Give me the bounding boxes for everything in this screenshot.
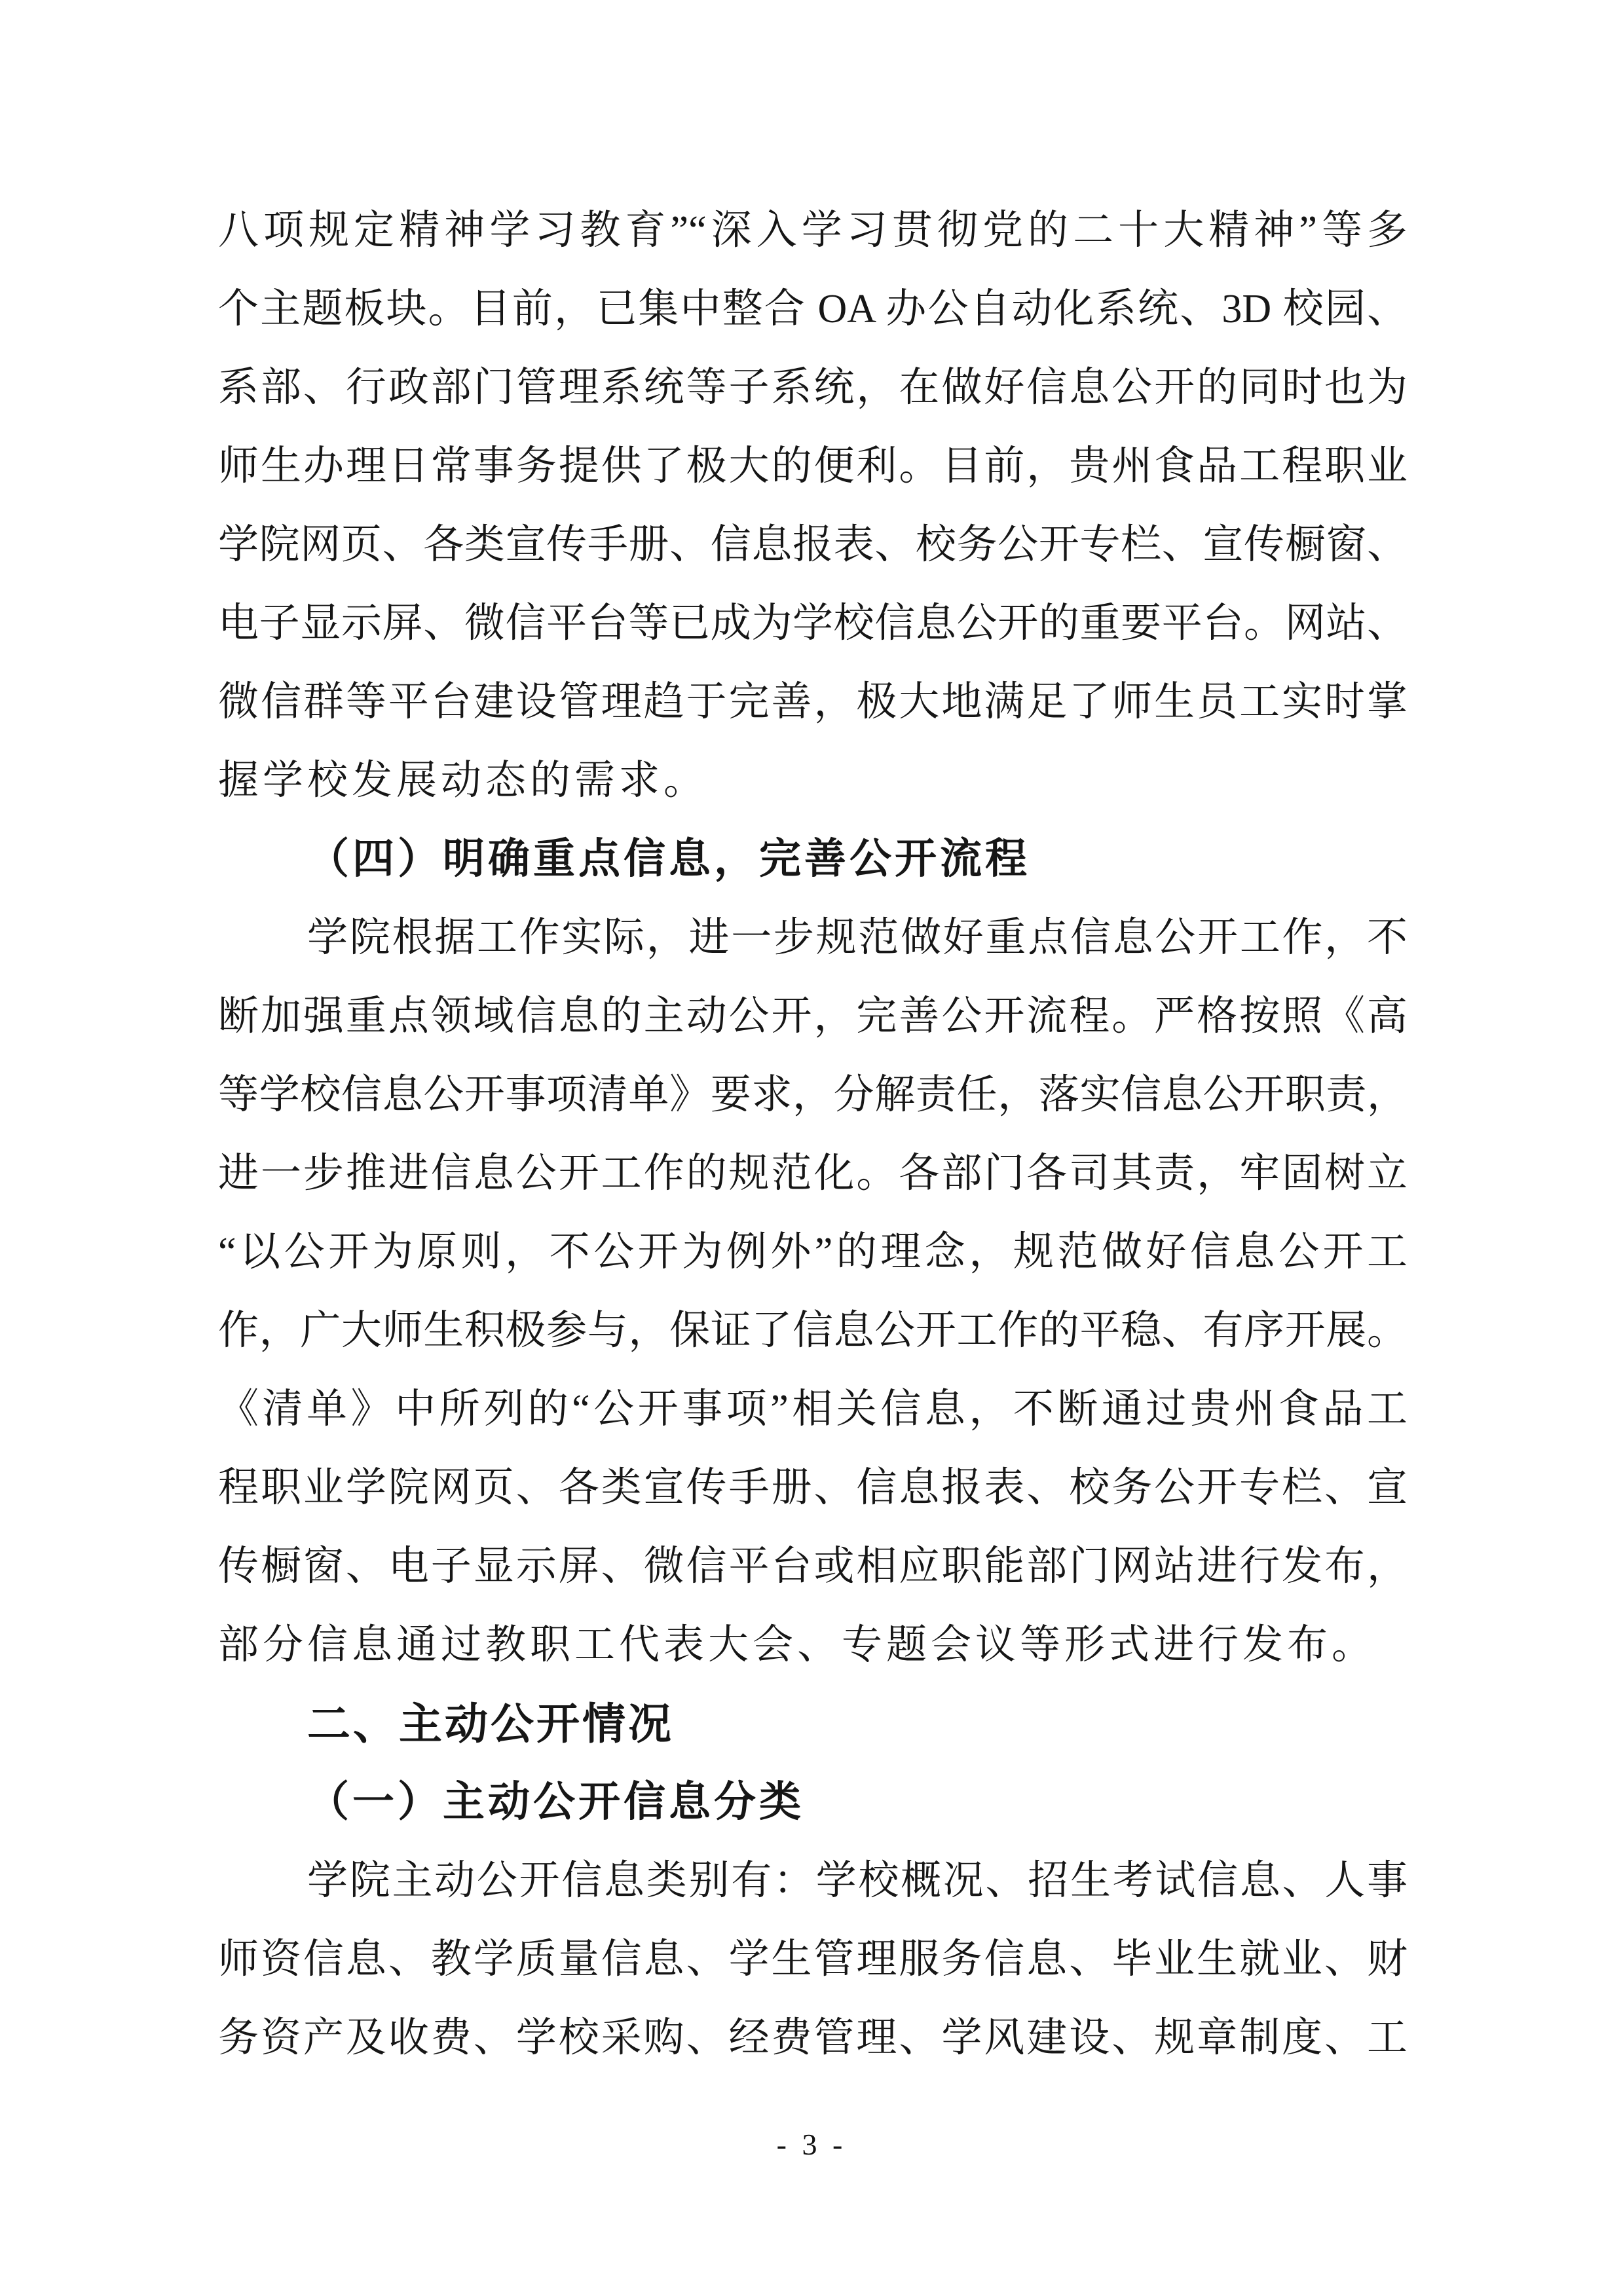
paragraph-line: 传橱窗、电子显示屏、微信平台或相应职能部门网站进行发布， xyxy=(218,1527,1408,1606)
paragraph-line: “以公开为原则，不公开为例外”的理念，规范做好信息公开工 xyxy=(218,1213,1408,1291)
paragraph-line: 电子显示屏、微信平台等已成为学校信息公开的重要平台。网站、 xyxy=(218,584,1408,663)
paragraph-line: 进一步推进信息公开工作的规范化。各部门各司其责，牢固树立 xyxy=(218,1134,1408,1213)
paragraph-line: 《清单》中所列的“公开事项”相关信息，不断通过贵州食品工 xyxy=(218,1370,1408,1449)
paragraph-line: 断加强重点领域信息的主动公开，完善公开流程。严格按照《高 xyxy=(218,977,1408,1056)
paragraph-line: 部分信息通过教职工代表大会、专题会议等形式进行发布。 xyxy=(218,1606,1408,1684)
paragraph-line: 个主题板块。目前，已集中整合 OA 办公自动化系统、3D 校园、 xyxy=(218,270,1408,348)
document-text-block: 八项规定精神学习教育”“深入学习贯彻党的二十大精神”等多 个主题板块。目前，已集… xyxy=(218,191,1408,2077)
paragraph-line: 微信群等平台建设管理趋于完善，极大地满足了师生员工实时掌 xyxy=(218,663,1408,741)
section-heading-4: （四）明确重点信息，完善公开流程 xyxy=(218,820,1408,898)
paragraph-line: 师生办理日常事务提供了极大的便利。目前，贵州食品工程职业 xyxy=(218,427,1408,506)
paragraph-line: 程职业学院网页、各类宣传手册、信息报表、校务公开专栏、宣 xyxy=(218,1449,1408,1527)
paragraph-line: 系部、行政部门管理系统等子系统，在做好信息公开的同时也为 xyxy=(218,348,1408,427)
paragraph-line: 八项规定精神学习教育”“深入学习贯彻党的二十大精神”等多 xyxy=(218,191,1408,270)
paragraph-line: 学院网页、各类宣传手册、信息报表、校务公开专栏、宣传橱窗、 xyxy=(218,506,1408,584)
paragraph-line: 握学校发展动态的需求。 xyxy=(218,741,1408,820)
paragraph-line: 学院根据工作实际，进一步规范做好重点信息公开工作，不 xyxy=(218,898,1408,977)
part-heading-2: 二、主动公开情况 xyxy=(218,1684,1408,1763)
paragraph-line: 作，广大师生积极参与，保证了信息公开工作的平稳、有序开展。 xyxy=(218,1291,1408,1370)
document-page: { "page": { "background_color": "#ffffff… xyxy=(0,0,1623,2296)
page-number: - 3 - xyxy=(0,2127,1623,2162)
paragraph-line: 学院主动公开信息类别有：学校概况、招生考试信息、人事 xyxy=(218,1842,1408,1920)
paragraph-line: 等学校信息公开事项清单》要求，分解责任，落实信息公开职责， xyxy=(218,1056,1408,1134)
paragraph-line: 师资信息、教学质量信息、学生管理服务信息、毕业生就业、财 xyxy=(218,1920,1408,1999)
paragraph-line: 务资产及收费、学校采购、经费管理、学风建设、规章制度、工 xyxy=(218,1999,1408,2077)
subsection-heading-1: （一）主动公开信息分类 xyxy=(218,1763,1408,1842)
